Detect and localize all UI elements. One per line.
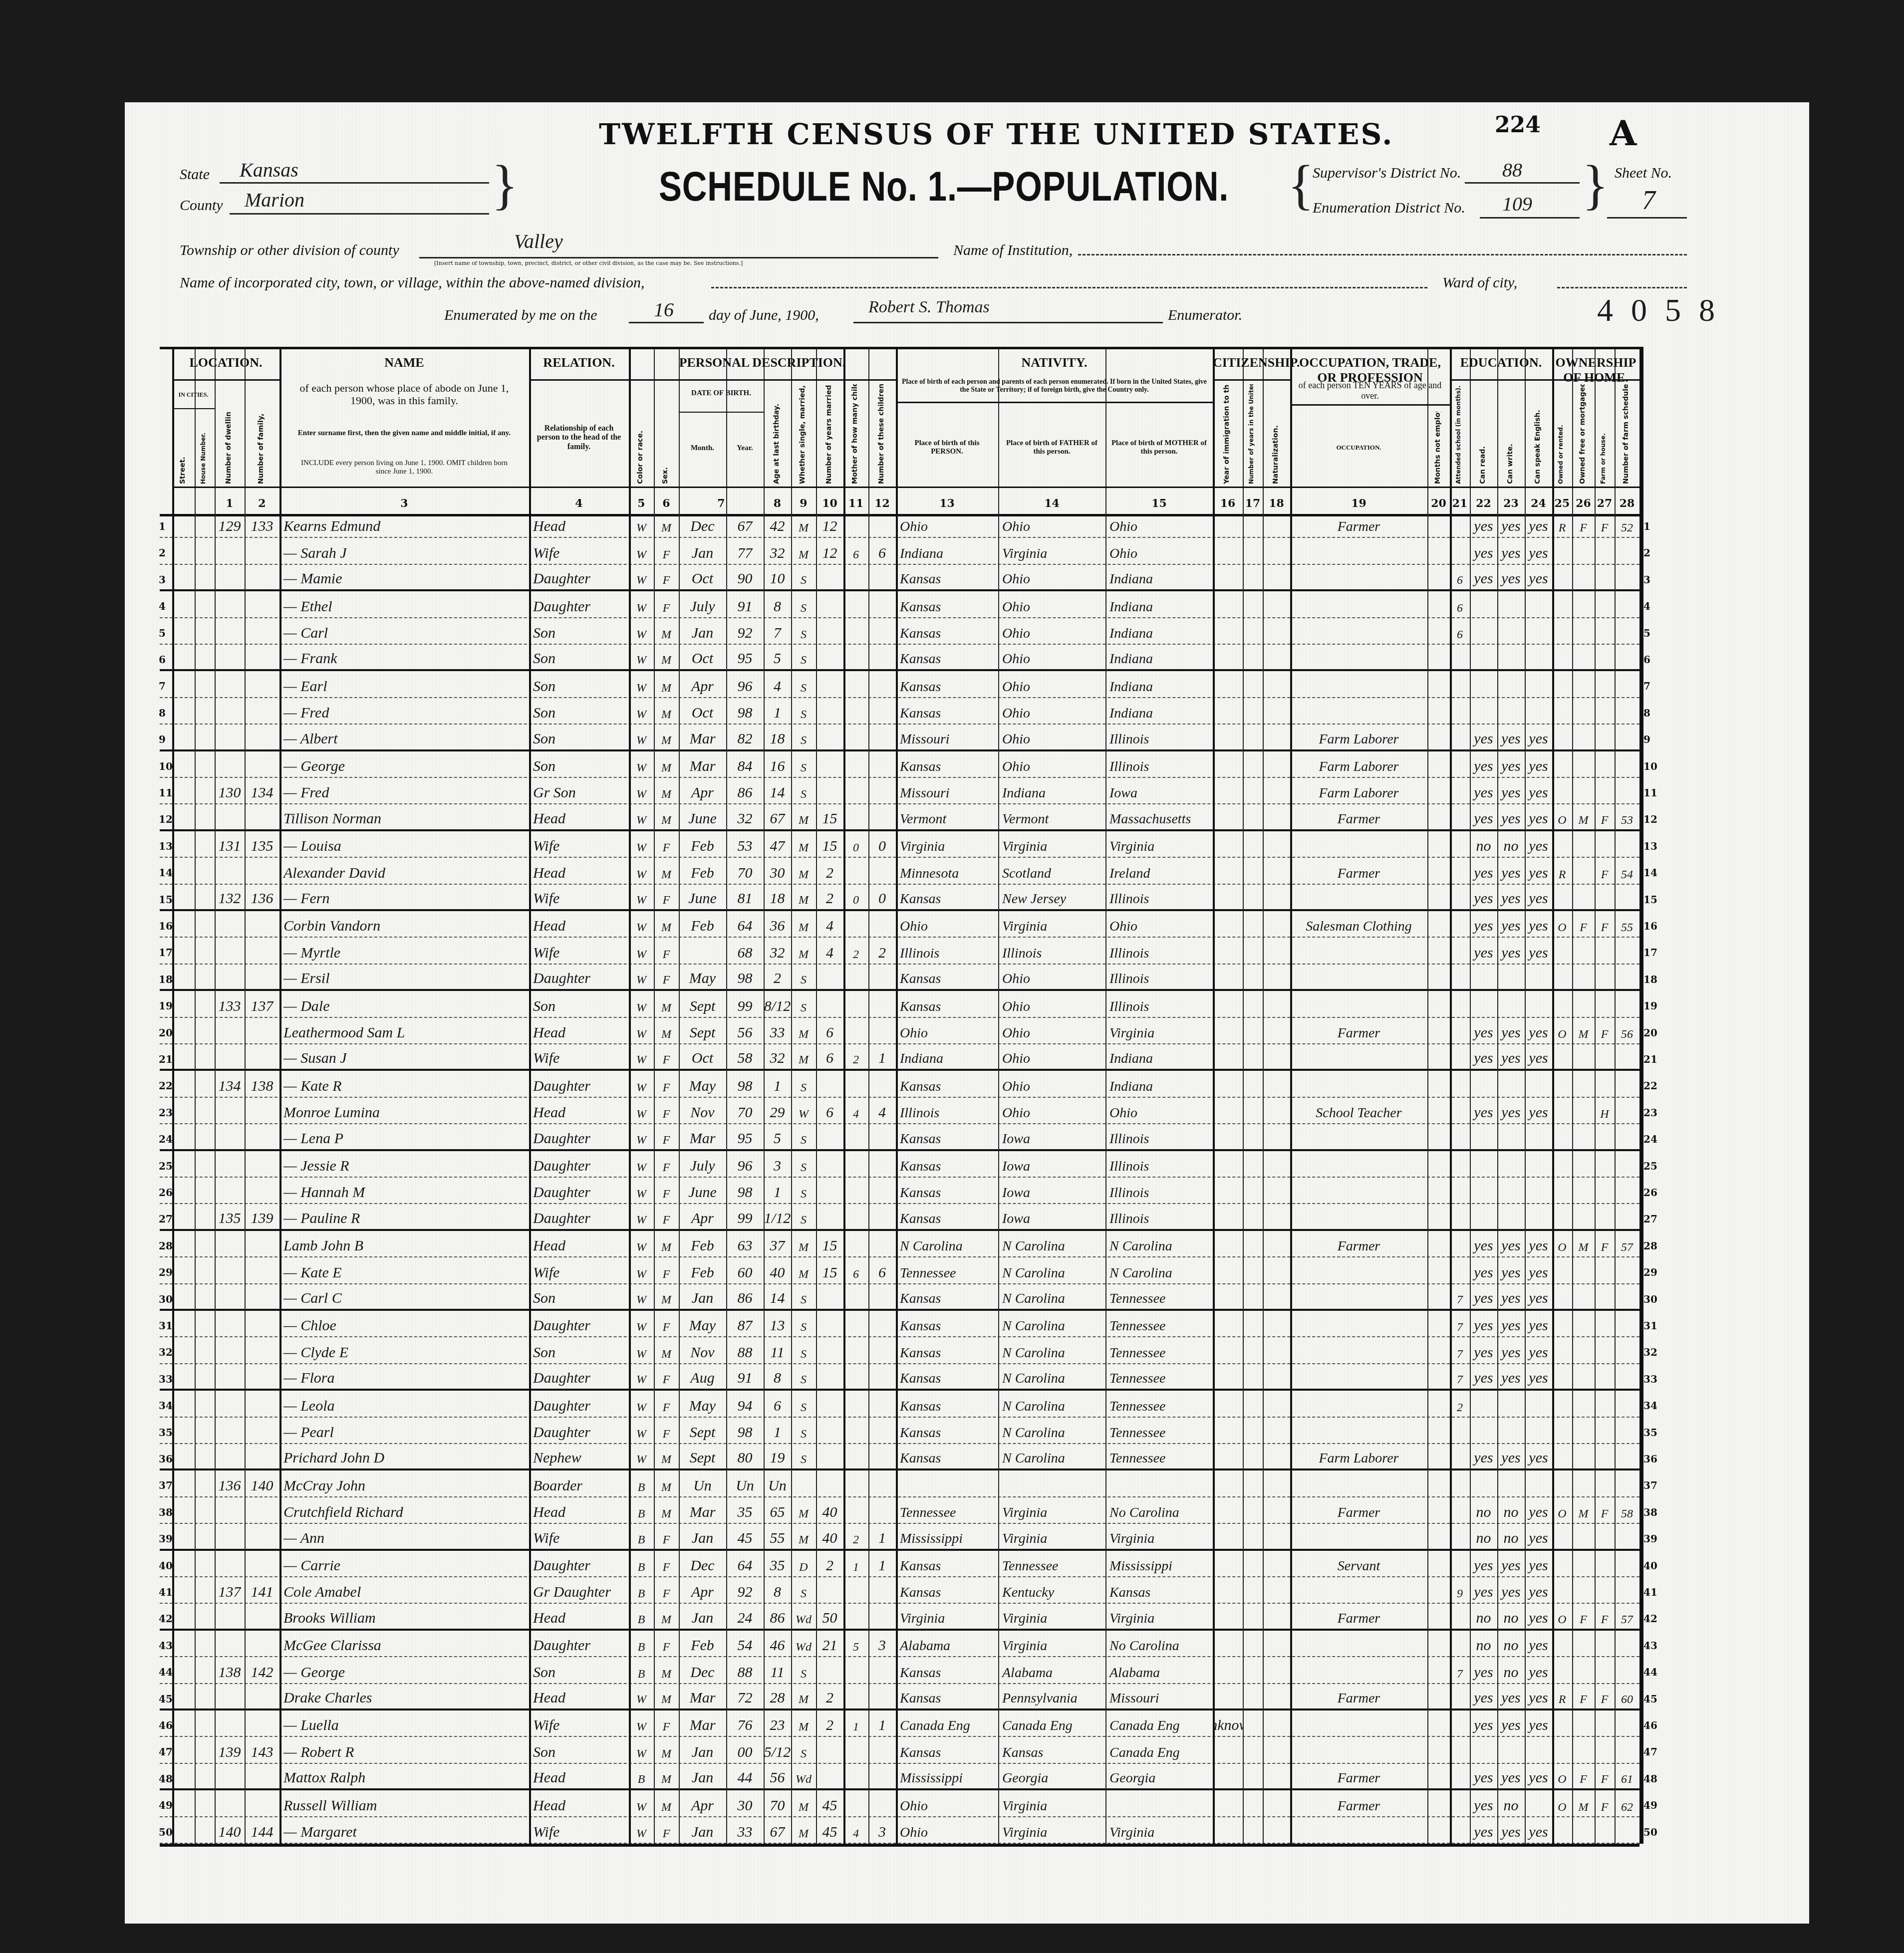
cell-fs[interactable]: 57 (1615, 1604, 1639, 1628)
cell-ym[interactable] (816, 1337, 843, 1363)
cell-mc[interactable] (843, 1124, 868, 1149)
cell-name[interactable]: Mattox Ralph (279, 1764, 529, 1788)
cell-fh[interactable]: F (1595, 911, 1615, 937)
cell-col[interactable]: W (629, 751, 654, 777)
cell-ms[interactable]: M (791, 1817, 816, 1843)
cell-street[interactable] (172, 1764, 195, 1788)
cell-sch[interactable]: 6 (1450, 565, 1470, 589)
cell-mu[interactable] (1427, 1497, 1450, 1523)
cell-nat[interactable] (1263, 1284, 1290, 1309)
cell-house[interactable] (195, 1524, 215, 1548)
cell-pm[interactable]: Illinois (1105, 991, 1213, 1016)
cell-ym[interactable] (816, 1311, 843, 1336)
cell-street[interactable] (172, 645, 195, 669)
cell-ym[interactable] (816, 778, 843, 803)
cell-pf[interactable]: Virginia (998, 1524, 1105, 1548)
cell-pb[interactable]: Virginia (896, 831, 998, 857)
table-row[interactable]: 1616Corbin VandornHeadWMFeb6436M4OhioVir… (160, 911, 1639, 938)
cell-or[interactable] (1552, 1418, 1572, 1443)
cell-yus[interactable] (1243, 778, 1263, 803)
cell-fam[interactable] (245, 965, 279, 989)
cell-or[interactable] (1552, 1364, 1572, 1389)
cell-occ[interactable]: Farm Laborer (1290, 725, 1427, 749)
cell-pm[interactable]: N Carolina (1105, 1231, 1213, 1256)
cell-cl[interactable] (868, 645, 896, 669)
cell-fm[interactable] (1572, 1337, 1595, 1363)
table-row[interactable]: 3939— AnnWifeBFJan4555M4021MississippiVi… (160, 1524, 1639, 1550)
table-row[interactable]: 2828Lamb John BHeadWMFeb6337M15N Carolin… (160, 1231, 1639, 1257)
cell-ms[interactable]: S (791, 1418, 816, 1443)
cell-fm[interactable] (1572, 565, 1595, 589)
cell-ms[interactable]: M (791, 1257, 816, 1283)
cell-street[interactable] (172, 1098, 195, 1123)
cell-wr[interactable]: yes (1497, 911, 1525, 937)
cell-sch[interactable] (1450, 1071, 1470, 1096)
cell-fm[interactable] (1572, 885, 1595, 909)
cell-pm[interactable]: Tennessee (1105, 1337, 1213, 1363)
cell-yr[interactable]: 70 (726, 1098, 764, 1123)
cell-dw[interactable] (215, 804, 245, 829)
cell-pf[interactable]: Virginia (998, 538, 1105, 563)
cell-wr[interactable]: yes (1497, 885, 1525, 909)
table-row[interactable]: 4141137141Cole AmabelGr DaughterBFApr928… (160, 1577, 1639, 1604)
cell-ym[interactable]: 4 (816, 938, 843, 963)
cell-occ[interactable]: Farmer (1290, 1684, 1427, 1709)
cell-sex[interactable]: M (654, 1790, 679, 1816)
cell-ms[interactable]: Wd (791, 1631, 816, 1656)
cell-wr[interactable]: yes (1497, 1018, 1525, 1043)
cell-rel[interactable]: Nephew (529, 1444, 629, 1468)
cell-yus[interactable] (1243, 725, 1263, 749)
cell-occ[interactable] (1290, 645, 1427, 669)
cell-nat[interactable] (1263, 1044, 1290, 1069)
cell-age[interactable]: 86 (764, 1604, 791, 1628)
cell-ms[interactable]: M (791, 1710, 816, 1736)
cell-ym[interactable]: 2 (816, 1551, 843, 1576)
cell-yr[interactable]: 30 (726, 1790, 764, 1816)
cell-ms[interactable]: S (791, 698, 816, 724)
cell-sex[interactable]: M (654, 778, 679, 803)
cell-imm[interactable] (1213, 725, 1243, 749)
cell-ms[interactable]: S (791, 591, 816, 617)
cell-fm[interactable] (1572, 778, 1595, 803)
cell-fm[interactable] (1572, 1737, 1595, 1762)
cell-imm[interactable] (1213, 911, 1243, 937)
cell-imm[interactable] (1213, 1151, 1243, 1177)
cell-wr[interactable]: yes (1497, 1257, 1525, 1283)
cell-en[interactable]: yes (1525, 1337, 1552, 1363)
cell-rd[interactable]: yes (1470, 1577, 1497, 1603)
cell-yus[interactable] (1243, 1551, 1263, 1576)
cell-sch[interactable] (1450, 1418, 1470, 1443)
cell-fm[interactable] (1572, 1657, 1595, 1683)
cell-col[interactable]: W (629, 1044, 654, 1069)
table-row[interactable]: 66— FrankSonWMOct955SKansasOhioIndiana (160, 645, 1639, 671)
cell-ym[interactable]: 2 (816, 1684, 843, 1709)
cell-street[interactable] (172, 511, 195, 537)
cell-dw[interactable] (215, 1178, 245, 1203)
table-row[interactable]: 1111130134— FredGr SonWMApr8614SMissouri… (160, 778, 1639, 804)
cell-street[interactable] (172, 1257, 195, 1283)
cell-ms[interactable]: S (791, 618, 816, 644)
cell-sex[interactable]: F (654, 1364, 679, 1389)
cell-cl[interactable] (868, 1151, 896, 1177)
cell-mo[interactable]: May (679, 965, 726, 989)
cell-rel[interactable]: Daughter (529, 565, 629, 589)
cell-ym[interactable]: 40 (816, 1524, 843, 1548)
cell-rel[interactable]: Daughter (529, 1551, 629, 1576)
cell-pm[interactable]: Tennessee (1105, 1364, 1213, 1389)
cell-yr[interactable]: 24 (726, 1604, 764, 1628)
cell-fm[interactable] (1572, 751, 1595, 777)
cell-rd[interactable]: yes (1470, 858, 1497, 883)
cell-dw[interactable]: 136 (215, 1470, 245, 1496)
cell-rel[interactable]: Wife (529, 1044, 629, 1069)
cell-fs[interactable]: 52 (1615, 511, 1639, 537)
cell-col[interactable]: W (629, 1257, 654, 1283)
cell-nat[interactable] (1263, 991, 1290, 1016)
cell-nat[interactable] (1263, 1764, 1290, 1788)
cell-occ[interactable] (1290, 965, 1427, 989)
cell-fam[interactable] (245, 1684, 279, 1709)
cell-ym[interactable]: 15 (816, 1257, 843, 1283)
cell-en[interactable] (1525, 645, 1552, 669)
cell-rel[interactable]: Daughter (529, 1364, 629, 1389)
cell-cl[interactable] (868, 804, 896, 829)
cell-cl[interactable] (868, 911, 896, 937)
cell-fh[interactable] (1595, 965, 1615, 989)
cell-rel[interactable]: Gr Son (529, 778, 629, 803)
cell-rel[interactable]: Head (529, 804, 629, 829)
cell-nat[interactable] (1263, 1710, 1290, 1736)
cell-mu[interactable] (1427, 511, 1450, 537)
cell-sex[interactable]: M (654, 725, 679, 749)
cell-yus[interactable] (1243, 1604, 1263, 1628)
cell-en[interactable]: yes (1525, 911, 1552, 937)
cell-pb[interactable]: Ohio (896, 1018, 998, 1043)
cell-fs[interactable] (1615, 725, 1639, 749)
cell-yr[interactable]: 32 (726, 804, 764, 829)
cell-sex[interactable]: M (654, 1497, 679, 1523)
township-value[interactable]: Valley (514, 230, 563, 253)
cell-street[interactable] (172, 565, 195, 589)
cell-name[interactable]: — Dale (279, 991, 529, 1016)
cell-name[interactable]: — Kate E (279, 1257, 529, 1283)
cell-fs[interactable] (1615, 645, 1639, 669)
cell-name[interactable]: — Lena P (279, 1124, 529, 1149)
cell-sch[interactable]: 7 (1450, 1311, 1470, 1336)
table-row[interactable]: 3636Prichard John DNephewWMSept8019SKans… (160, 1444, 1639, 1470)
cell-mo[interactable]: Feb (679, 1257, 726, 1283)
cell-rd[interactable]: no (1470, 1524, 1497, 1548)
cell-en[interactable]: yes (1525, 1444, 1552, 1468)
cell-house[interactable] (195, 725, 215, 749)
cell-mc[interactable] (843, 591, 868, 617)
cell-pf[interactable]: Virginia (998, 911, 1105, 937)
cell-ym[interactable] (816, 1418, 843, 1443)
cell-fam[interactable] (245, 804, 279, 829)
cell-sex[interactable]: M (654, 645, 679, 669)
cell-wr[interactable] (1497, 1391, 1525, 1416)
cell-sex[interactable]: F (654, 938, 679, 963)
cell-rd[interactable]: yes (1470, 804, 1497, 829)
cell-rd[interactable] (1470, 1178, 1497, 1203)
cell-pb[interactable]: Ohio (896, 1790, 998, 1816)
cell-pb[interactable]: Kansas (896, 991, 998, 1016)
cell-age[interactable]: 32 (764, 938, 791, 963)
cell-cl[interactable]: 1 (868, 1524, 896, 1548)
cell-name[interactable]: — Flora (279, 1364, 529, 1389)
cell-cl[interactable] (868, 1071, 896, 1096)
cell-col[interactable]: B (629, 1577, 654, 1603)
cell-mc[interactable] (843, 1071, 868, 1096)
cell-wr[interactable] (1497, 1204, 1525, 1228)
cell-mu[interactable] (1427, 885, 1450, 909)
cell-sch[interactable] (1450, 1790, 1470, 1816)
cell-fm[interactable] (1572, 1044, 1595, 1069)
cell-cl[interactable] (868, 991, 896, 1016)
cell-yr[interactable]: 95 (726, 1124, 764, 1149)
cell-wr[interactable]: yes (1497, 751, 1525, 777)
cell-pb[interactable]: Kansas (896, 1684, 998, 1709)
cell-name[interactable]: Corbin Vandorn (279, 911, 529, 937)
cell-fh[interactable] (1595, 591, 1615, 617)
cell-en[interactable]: yes (1525, 1284, 1552, 1309)
cell-cl[interactable] (868, 1124, 896, 1149)
cell-ms[interactable]: S (791, 778, 816, 803)
cell-rd[interactable]: no (1470, 831, 1497, 857)
cell-rd[interactable]: yes (1470, 1657, 1497, 1683)
cell-pb[interactable]: Kansas (896, 1737, 998, 1762)
cell-wr[interactable]: yes (1497, 1284, 1525, 1309)
cell-street[interactable] (172, 1524, 195, 1548)
cell-name[interactable]: — Susan J (279, 1044, 529, 1069)
cell-house[interactable] (195, 938, 215, 963)
cell-name[interactable]: Lamb John B (279, 1231, 529, 1256)
cell-mo[interactable]: Dec (679, 1657, 726, 1683)
cell-nat[interactable] (1263, 804, 1290, 829)
cell-fh[interactable] (1595, 671, 1615, 697)
cell-house[interactable] (195, 965, 215, 989)
cell-wr[interactable]: yes (1497, 1098, 1525, 1123)
cell-pf[interactable]: Ohio (998, 725, 1105, 749)
cell-nat[interactable] (1263, 1418, 1290, 1443)
cell-pf[interactable]: Ohio (998, 1018, 1105, 1043)
cell-dw[interactable] (215, 1098, 245, 1123)
cell-cl[interactable] (868, 1444, 896, 1468)
cell-ms[interactable]: M (791, 511, 816, 537)
cell-wr[interactable]: yes (1497, 1710, 1525, 1736)
cell-dw[interactable] (215, 1710, 245, 1736)
cell-occ[interactable]: Farmer (1290, 1231, 1427, 1256)
cell-col[interactable]: B (629, 1470, 654, 1496)
cell-or[interactable] (1552, 1204, 1572, 1228)
cell-occ[interactable] (1290, 991, 1427, 1016)
cell-mu[interactable] (1427, 1337, 1450, 1363)
cell-street[interactable] (172, 1178, 195, 1203)
cell-fm[interactable]: M (1572, 1790, 1595, 1816)
cell-sex[interactable]: F (654, 1044, 679, 1069)
cell-yr[interactable]: 88 (726, 1657, 764, 1683)
cell-house[interactable] (195, 831, 215, 857)
cell-mo[interactable] (679, 938, 726, 963)
cell-house[interactable] (195, 1284, 215, 1309)
cell-fs[interactable] (1615, 565, 1639, 589)
cell-or[interactable]: O (1552, 1764, 1572, 1788)
cell-fam[interactable]: 136 (245, 885, 279, 909)
cell-pf[interactable]: Ohio (998, 1071, 1105, 1096)
cell-sex[interactable]: M (654, 618, 679, 644)
cell-fam[interactable] (245, 858, 279, 883)
cell-fs[interactable]: 62 (1615, 1790, 1639, 1816)
cell-yus[interactable] (1243, 1470, 1263, 1496)
cell-imm[interactable] (1213, 1551, 1243, 1576)
cell-rd[interactable]: yes (1470, 1337, 1497, 1363)
cell-col[interactable]: W (629, 1204, 654, 1228)
cell-en[interactable]: yes (1525, 1604, 1552, 1628)
cell-pf[interactable]: Virginia (998, 1604, 1105, 1628)
cell-yus[interactable] (1243, 1657, 1263, 1683)
cell-street[interactable] (172, 1124, 195, 1149)
cell-cl[interactable] (868, 591, 896, 617)
cell-rd[interactable] (1470, 1151, 1497, 1177)
cell-street[interactable] (172, 1391, 195, 1416)
cell-street[interactable] (172, 1337, 195, 1363)
cell-ym[interactable]: 45 (816, 1790, 843, 1816)
table-row[interactable]: 1515132136— FernWifeWFJune8118M200Kansas… (160, 885, 1639, 911)
cell-sch[interactable] (1450, 1044, 1470, 1069)
cell-pm[interactable]: Tennessee (1105, 1418, 1213, 1443)
cell-imm[interactable] (1213, 1790, 1243, 1816)
cell-sex[interactable]: F (654, 831, 679, 857)
cell-pb[interactable]: Missouri (896, 725, 998, 749)
cell-yr[interactable]: 99 (726, 1204, 764, 1228)
cell-dw[interactable]: 129 (215, 511, 245, 537)
cell-fam[interactable] (245, 1604, 279, 1628)
cell-house[interactable] (195, 885, 215, 909)
cell-rd[interactable] (1470, 1071, 1497, 1096)
cell-dw[interactable] (215, 938, 245, 963)
cell-mo[interactable]: Nov (679, 1337, 726, 1363)
cell-house[interactable] (195, 1631, 215, 1656)
cell-pb[interactable]: Kansas (896, 565, 998, 589)
cell-mo[interactable]: Feb (679, 831, 726, 857)
cell-or[interactable] (1552, 618, 1572, 644)
cell-or[interactable] (1552, 1551, 1572, 1576)
cell-mu[interactable] (1427, 1737, 1450, 1762)
cell-mu[interactable] (1427, 671, 1450, 697)
cell-rd[interactable]: yes (1470, 725, 1497, 749)
cell-fam[interactable] (245, 698, 279, 724)
cell-age[interactable]: 23 (764, 1710, 791, 1736)
cell-house[interactable] (195, 1710, 215, 1736)
cell-mu[interactable] (1427, 618, 1450, 644)
cell-house[interactable] (195, 1551, 215, 1576)
cell-dw[interactable] (215, 1124, 245, 1149)
cell-fh[interactable]: F (1595, 1231, 1615, 1256)
cell-yus[interactable] (1243, 1418, 1263, 1443)
cell-mu[interactable] (1427, 1231, 1450, 1256)
cell-pm[interactable]: Illinois (1105, 725, 1213, 749)
cell-fm[interactable] (1572, 1284, 1595, 1309)
cell-name[interactable]: — Fern (279, 885, 529, 909)
cell-name[interactable]: Cole Amabel (279, 1577, 529, 1603)
cell-cl[interactable] (868, 698, 896, 724)
cell-yus[interactable] (1243, 591, 1263, 617)
cell-fs[interactable] (1615, 1337, 1639, 1363)
cell-pb[interactable]: Vermont (896, 804, 998, 829)
cell-fs[interactable] (1615, 831, 1639, 857)
cell-rd[interactable]: yes (1470, 885, 1497, 909)
cell-mc[interactable] (843, 1470, 868, 1496)
table-row[interactable]: 2424— Lena PDaughterWFMar955SKansasIowaI… (160, 1124, 1639, 1151)
cell-col[interactable]: W (629, 1178, 654, 1203)
cell-rel[interactable]: Wife (529, 885, 629, 909)
cell-fam[interactable] (245, 1391, 279, 1416)
cell-mu[interactable] (1427, 965, 1450, 989)
cell-imm[interactable] (1213, 938, 1243, 963)
cell-mo[interactable]: July (679, 591, 726, 617)
cell-age[interactable]: 36 (764, 911, 791, 937)
cell-fam[interactable] (245, 1364, 279, 1389)
cell-pb[interactable]: Kansas (896, 751, 998, 777)
cell-age[interactable]: 18 (764, 725, 791, 749)
cell-pm[interactable]: Kansas (1105, 1577, 1213, 1603)
cell-nat[interactable] (1263, 1311, 1290, 1336)
cell-rd[interactable]: yes (1470, 1098, 1497, 1123)
cell-fm[interactable] (1572, 538, 1595, 563)
cell-sch[interactable] (1450, 645, 1470, 669)
cell-house[interactable] (195, 511, 215, 537)
cell-col[interactable]: B (629, 1524, 654, 1548)
cell-imm[interactable] (1213, 1311, 1243, 1336)
cell-ms[interactable]: S (791, 1151, 816, 1177)
cell-yus[interactable] (1243, 1497, 1263, 1523)
cell-occ[interactable] (1290, 1710, 1427, 1736)
cell-mc[interactable] (843, 1391, 868, 1416)
cell-ms[interactable]: S (791, 1391, 816, 1416)
cell-sch[interactable] (1450, 511, 1470, 537)
cell-pf[interactable]: N Carolina (998, 1418, 1105, 1443)
cell-pm[interactable]: Ohio (1105, 511, 1213, 537)
cell-name[interactable]: — Carl C (279, 1284, 529, 1309)
table-row[interactable]: 4545Drake CharlesHeadWMMar7228M2KansasPe… (160, 1684, 1639, 1710)
cell-fm[interactable] (1572, 1631, 1595, 1656)
cell-rel[interactable]: Son (529, 991, 629, 1016)
cell-fh[interactable] (1595, 1444, 1615, 1468)
cell-fh[interactable] (1595, 751, 1615, 777)
cell-mo[interactable]: Apr (679, 1790, 726, 1816)
cell-mu[interactable] (1427, 1764, 1450, 1788)
cell-ym[interactable] (816, 1444, 843, 1468)
cell-cl[interactable]: 6 (868, 538, 896, 563)
cell-sch[interactable] (1450, 991, 1470, 1016)
cell-en[interactable] (1525, 1151, 1552, 1177)
cell-yr[interactable]: 35 (726, 1497, 764, 1523)
cell-col[interactable]: W (629, 911, 654, 937)
cell-yus[interactable] (1243, 1524, 1263, 1548)
cell-mo[interactable]: Nov (679, 1098, 726, 1123)
cell-fh[interactable] (1595, 1337, 1615, 1363)
cell-imm[interactable] (1213, 1204, 1243, 1228)
cell-or[interactable] (1552, 1178, 1572, 1203)
cell-fm[interactable] (1572, 938, 1595, 963)
cell-en[interactable]: yes (1525, 1044, 1552, 1069)
cell-rel[interactable]: Son (529, 618, 629, 644)
table-row[interactable]: 3838Crutchfield RichardHeadBMMar3565M40T… (160, 1497, 1639, 1524)
cell-street[interactable] (172, 751, 195, 777)
cell-pm[interactable]: Indiana (1105, 565, 1213, 589)
